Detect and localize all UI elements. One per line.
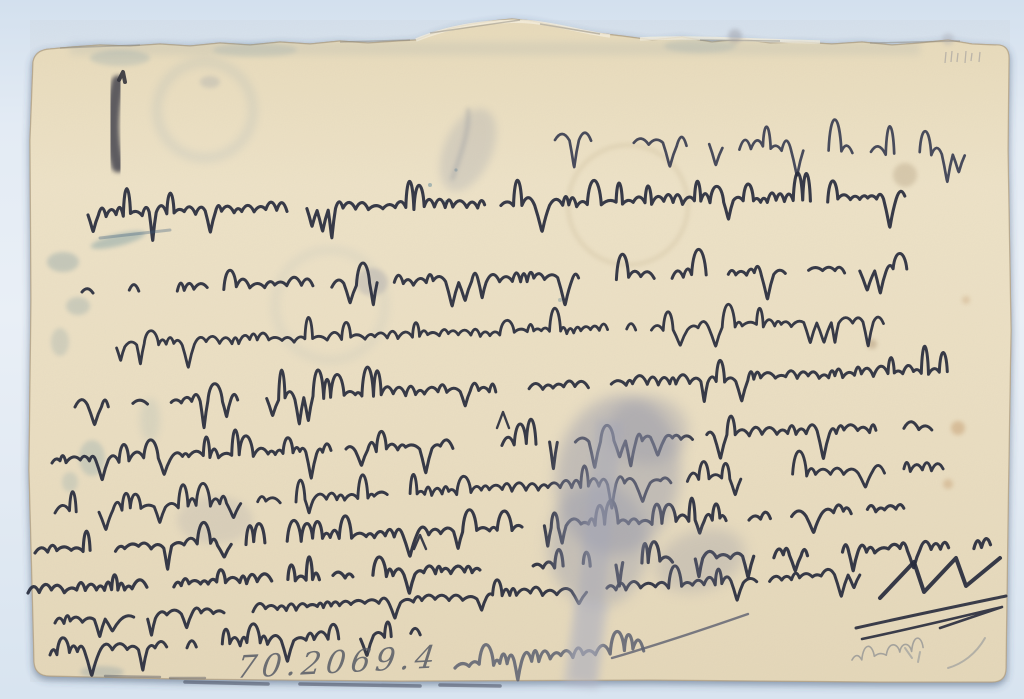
- annotation-layer: 70.2069.4: [0, 0, 1024, 699]
- postcard-scan: 70.2069.4 Dienstag Abend Ich wollte Morg…: [0, 0, 1024, 699]
- catalog-number: 70.2069.4: [235, 639, 442, 686]
